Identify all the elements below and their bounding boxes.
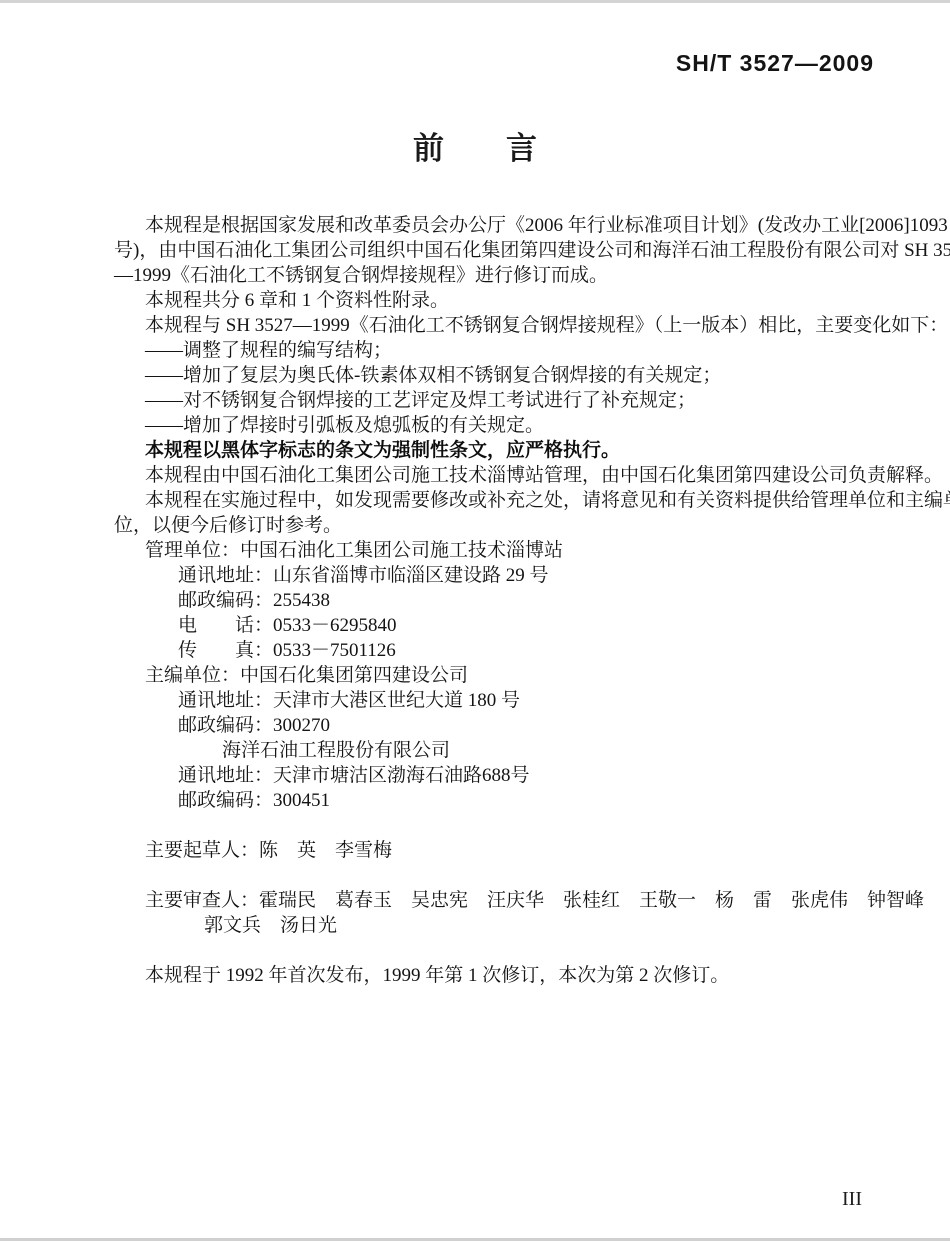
text-line: 本规程由中国石油化工集团公司施工技术淄博站管理，由中国石化集团第四建设公司负责解… bbox=[114, 463, 890, 488]
document-page: SH/T 3527—2009 前 言 本规程是根据国家发展和改革委员会办公厅《2… bbox=[0, 0, 950, 1241]
text-line: 管理单位：中国石油化工集团公司施工技术淄博站 bbox=[145, 538, 890, 563]
text-line: 通讯地址：山东省淄博市临淄区建设路 29 号 bbox=[178, 563, 890, 588]
text-line: 主编单位：中国石化集团第四建设公司 bbox=[145, 663, 890, 688]
text-line: 邮政编码：255438 bbox=[178, 588, 890, 613]
text-line: 主要起草人：陈 英 李雪梅 bbox=[145, 838, 890, 863]
text-line: —1999《石油化工不锈钢复合钢焊接规程》进行修订而成。 bbox=[114, 263, 890, 288]
page-number: III bbox=[842, 1187, 862, 1211]
text-line: 本规程于 1992 年首次发布，1999 年第 1 次修订，本次为第 2 次修订… bbox=[114, 963, 890, 988]
text-line: 电 话：0533－6295840 bbox=[178, 613, 890, 638]
text-line: 位，以便今后修订时参考。 bbox=[114, 513, 890, 538]
text-line: 号)，由中国石油化工集团公司组织中国石化集团第四建设公司和海洋石油工程股份有限公… bbox=[114, 238, 890, 263]
text-line: 通讯地址：天津市塘沽区渤海石油路688号 bbox=[178, 763, 890, 788]
text-line: 邮政编码：300270 bbox=[178, 713, 890, 738]
text-line: 主要审查人：霍瑞民 葛春玉 吴忠宪 汪庆华 张桂红 王敬一 杨 雷 张虎伟 钟智… bbox=[145, 888, 890, 913]
text-line: ——调整了规程的编写结构； bbox=[114, 338, 890, 363]
text-line bbox=[114, 813, 890, 838]
text-line: ——对不锈钢复合钢焊接的工艺评定及焊工考试进行了补充规定； bbox=[114, 388, 890, 413]
text-line: 本规程是根据国家发展和改革委员会办公厅《2006 年行业标准项目计划》(发改办工… bbox=[114, 213, 890, 238]
text-line: 本规程以黑体字标志的条文为强制性条文，应严格执行。 bbox=[114, 438, 890, 463]
text-line: 本规程与 SH 3527—1999《石油化工不锈钢复合钢焊接规程》（上一版本）相… bbox=[114, 313, 890, 338]
text-line bbox=[114, 863, 890, 888]
text-line: 邮政编码：300451 bbox=[178, 788, 890, 813]
text-line bbox=[114, 938, 890, 963]
page-title: 前 言 bbox=[0, 129, 950, 169]
text-line: 郭文兵 汤日光 bbox=[204, 913, 890, 938]
text-line: 本规程在实施过程中，如发现需要修改或补充之处，请将意见和有关资料提供给管理单位和… bbox=[114, 488, 890, 513]
body-text: 本规程是根据国家发展和改革委员会办公厅《2006 年行业标准项目计划》(发改办工… bbox=[114, 213, 890, 988]
standard-number: SH/T 3527—2009 bbox=[0, 49, 950, 77]
text-line: 海洋石油工程股份有限公司 bbox=[222, 738, 890, 763]
text-line: ——增加了复层为奥氏体-铁素体双相不锈钢复合钢焊接的有关规定； bbox=[114, 363, 890, 388]
text-line: 本规程共分 6 章和 1 个资料性附录。 bbox=[114, 288, 890, 313]
text-line: ——增加了焊接时引弧板及熄弧板的有关规定。 bbox=[114, 413, 890, 438]
text-line: 通讯地址：天津市大港区世纪大道 180 号 bbox=[178, 688, 890, 713]
text-line: 传 真：0533－7501126 bbox=[178, 638, 890, 663]
